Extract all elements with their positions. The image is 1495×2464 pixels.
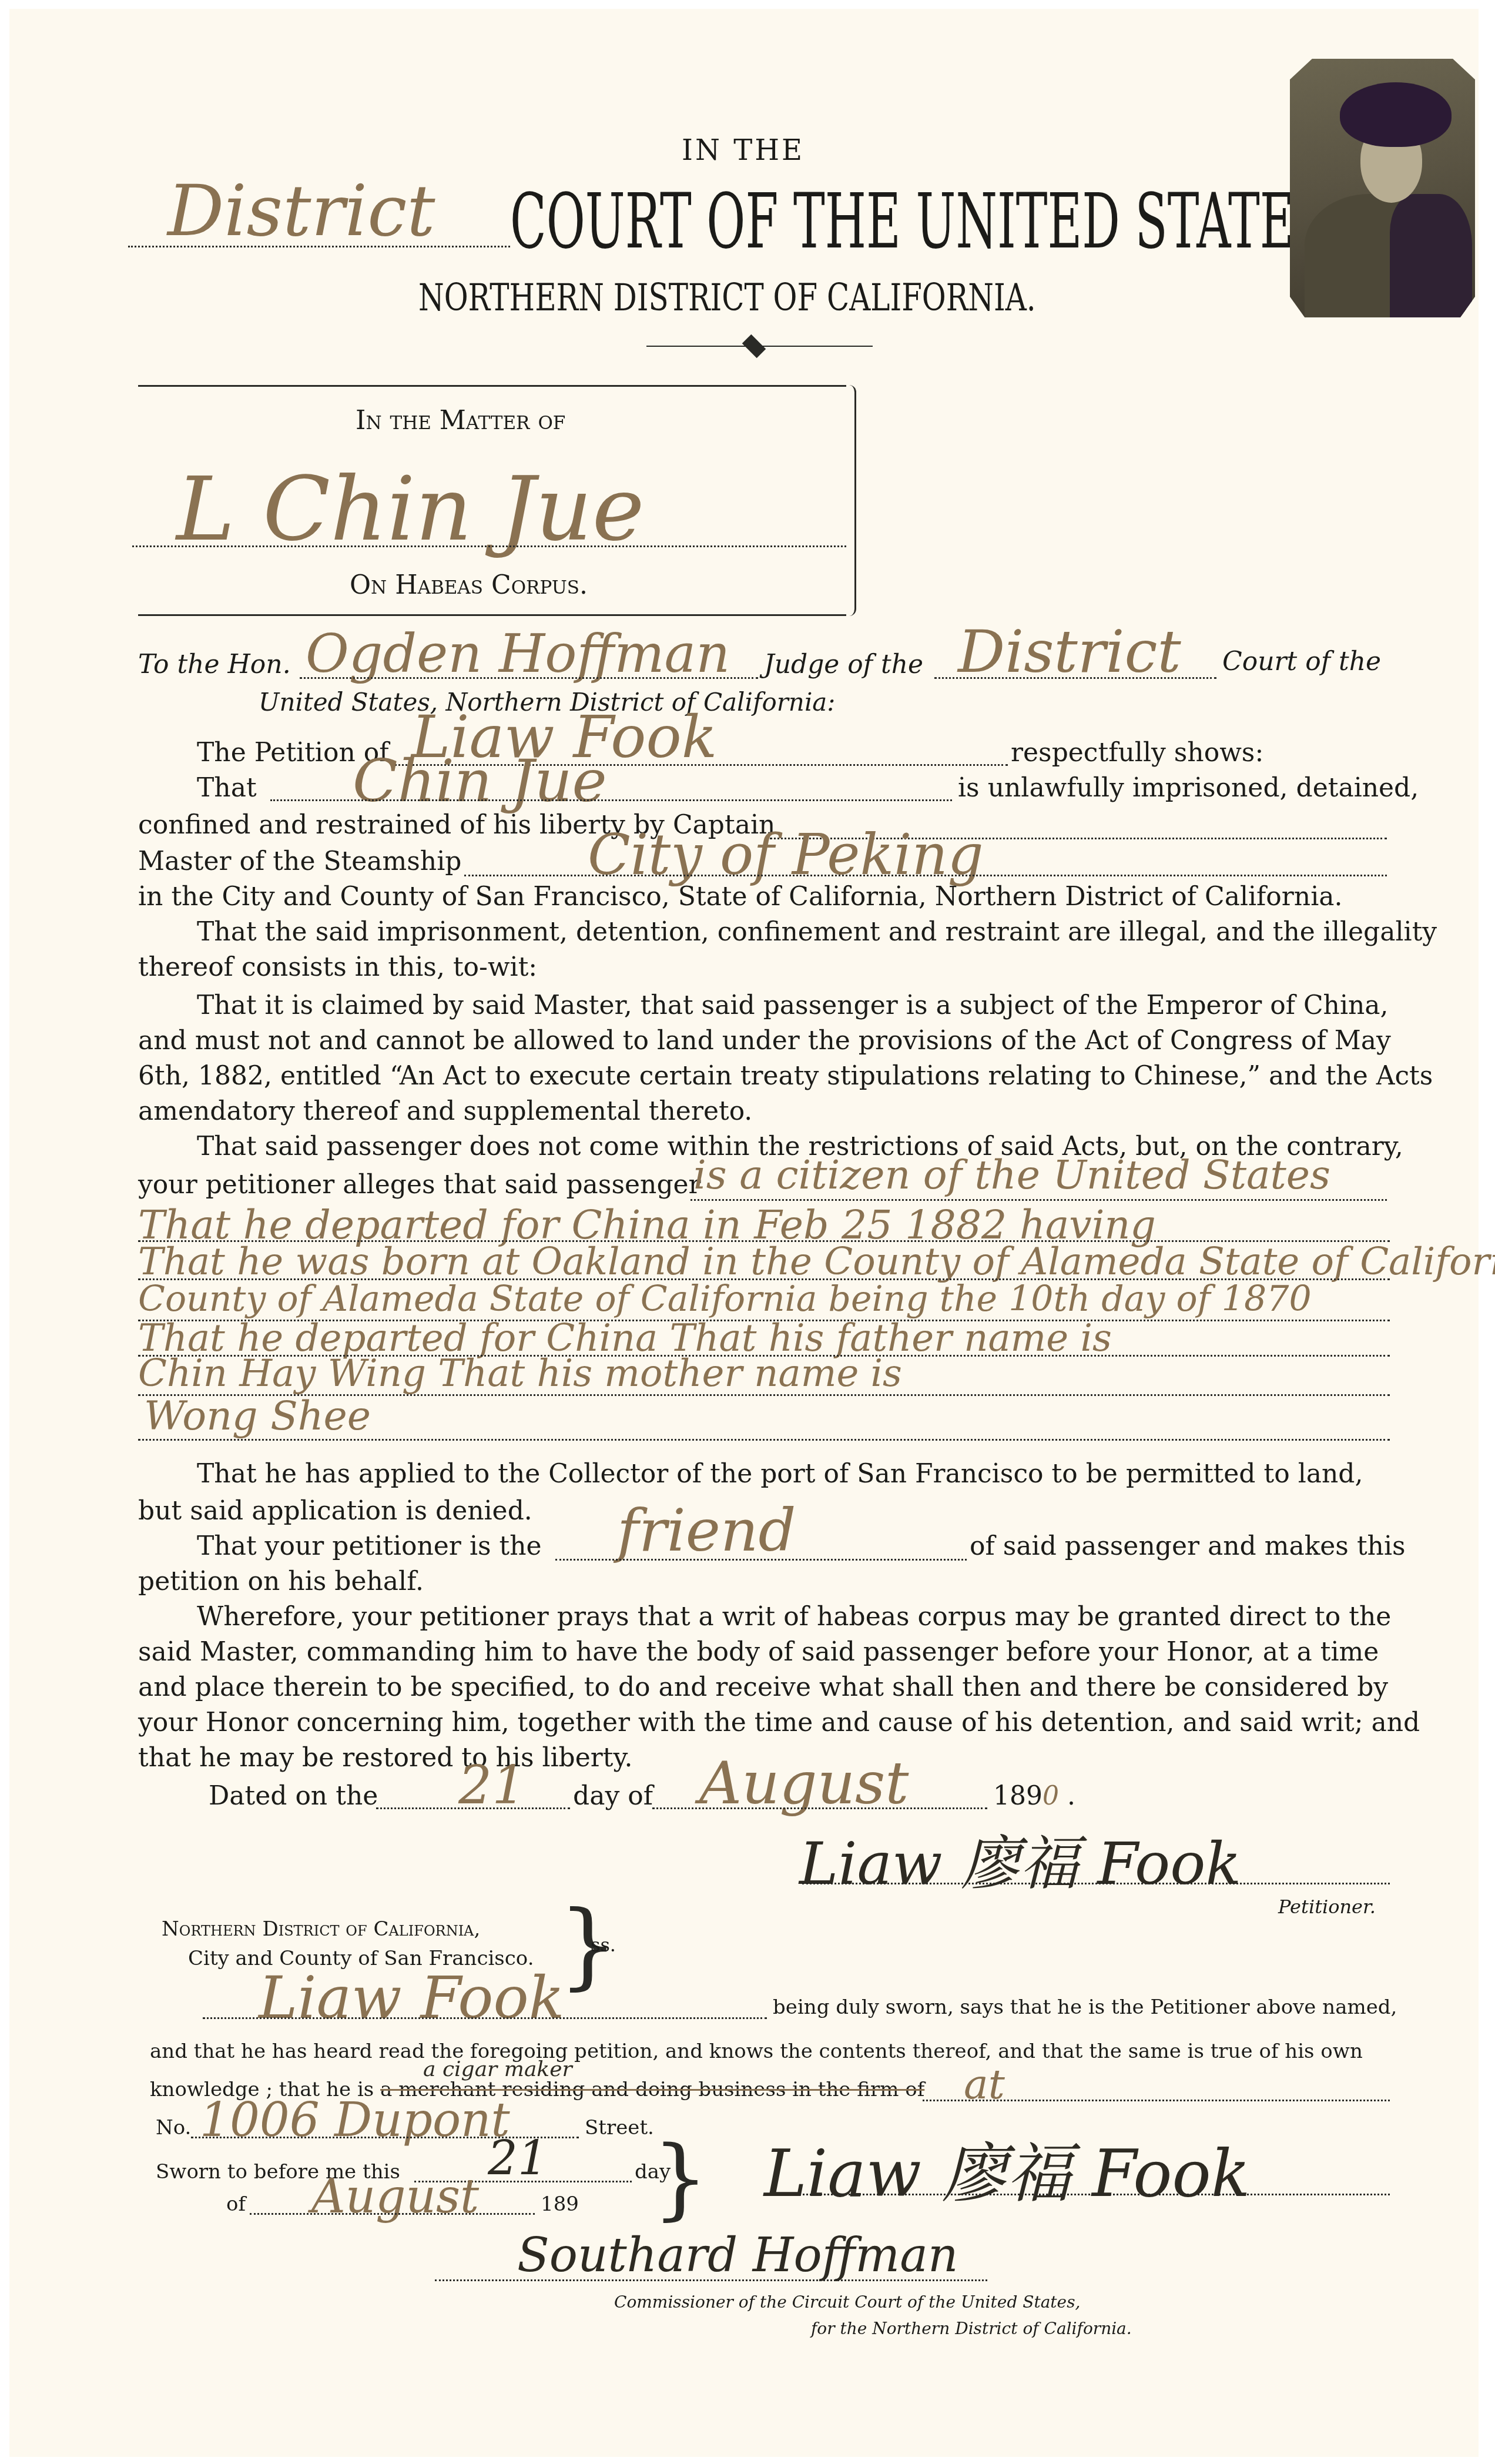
- matter-box-top-rule: [138, 385, 846, 387]
- illegal-paragraph-1: That the said imprisonment, detention, c…: [197, 917, 1437, 947]
- judge-of-the-label: Judge of the: [764, 650, 923, 679]
- relation-line-2: petition on his behalf.: [138, 1566, 424, 1596]
- allegation-line-4: County of Alameda State of California be…: [138, 1278, 1312, 1320]
- no-label: No.: [156, 2116, 191, 2140]
- petitioner-label: Petitioner.: [1278, 1896, 1376, 1918]
- relation-suffix: of said passenger and makes this: [970, 1531, 1406, 1561]
- commissioner-signature-line: [435, 2279, 987, 2281]
- dated-on-the-label: Dated on the: [209, 1781, 378, 1811]
- affiant-signature: Liaw 廖福 Fook: [764, 2122, 1250, 2215]
- location-line: in the City and County of San Francisco,…: [138, 882, 1342, 912]
- master-of-steamship-label: Master of the Steamship: [138, 846, 461, 876]
- sworn-day-handwritten: 21: [488, 2131, 548, 2185]
- allegation-line-6: Chin Hay Wing That his mother name is: [138, 1352, 902, 1395]
- sworn-month-handwritten: August: [311, 2169, 479, 2224]
- commissioner-title-2: for the Northern District of California.: [811, 2319, 1132, 2338]
- year-suffix-handwritten: 0: [1043, 1781, 1059, 1811]
- petitioner-signature-line: [802, 1883, 1390, 1884]
- steamship-line: [464, 875, 1387, 876]
- matter-box-bottom-rule: [138, 614, 846, 616]
- unlawfully-text: is unlawfully imprisoned, detained,: [958, 773, 1419, 803]
- sworn-month-line: [250, 2213, 535, 2215]
- dated-month-line: [652, 1807, 987, 1809]
- judge-name-handwritten: Ogden Hoffman: [306, 623, 730, 685]
- photo-hat: [1340, 82, 1452, 147]
- year-prefix: 1890 .: [993, 1781, 1075, 1811]
- detainee-name-handwritten: Chin Jue: [353, 746, 607, 815]
- street-number-handwritten: 1006 Dupont: [200, 2093, 510, 2147]
- dated-day-line: [376, 1807, 570, 1809]
- court-of-the-label: Court of the: [1222, 647, 1381, 677]
- steamship-name-handwritten: City of Peking: [588, 823, 984, 888]
- day-of-label: day of: [573, 1781, 653, 1811]
- in-the-matter-of-label: In the Matter of: [356, 406, 565, 436]
- allegation-rule-1: [690, 1199, 1387, 1201]
- affiant-name-handwritten: Liaw Fook: [259, 1963, 564, 2032]
- wherefore-line-4: your Honor concerning him, together with…: [138, 1708, 1420, 1737]
- wherefore-line-1: Wherefore, your petitioner prays that a …: [197, 1602, 1391, 1632]
- venue-line-1: Northern District of California,: [162, 1917, 480, 1941]
- ss-label: ss.: [591, 1934, 616, 1956]
- street-label: Street.: [585, 2116, 654, 2140]
- allegation-line-7: Wong Shee: [144, 1393, 371, 1439]
- that-label: That: [197, 773, 257, 803]
- photo-robe-shadow: [1390, 194, 1472, 323]
- to-the-hon-label: To the Hon.: [138, 650, 291, 679]
- affiant-signature-line: [799, 2194, 1390, 2195]
- sworn-brace: }: [652, 2128, 708, 2230]
- firm-line: [923, 2100, 1390, 2101]
- sworn-year: 189: [541, 2192, 579, 2216]
- claim-line-2: and must not and cannot be allowed to la…: [138, 1026, 1391, 1056]
- judge-name-line: [300, 677, 758, 679]
- collector-line-1: That he has applied to the Collector of …: [197, 1459, 1363, 1489]
- of-label: of: [226, 2192, 246, 2216]
- matter-name-line: [132, 545, 846, 547]
- affidavit-line-2: and that he has heard read the foregoing…: [150, 2040, 1363, 2063]
- claim-line-3: 6th, 1882, entitled “An Act to execute c…: [138, 1061, 1433, 1091]
- wherefore-line-3: and place therein to be specified, to do…: [138, 1672, 1388, 1702]
- sworn-text: being duly sworn, says that he is the Pe…: [773, 1996, 1397, 2019]
- allegation-rule-7: [138, 1439, 1390, 1441]
- illegal-paragraph-2: thereof consists in this, to-wit:: [138, 952, 537, 982]
- judge-court-line: [934, 677, 1216, 679]
- wherefore-line-5: that he may be restored to his liberty.: [138, 1743, 633, 1773]
- wherefore-line-2: said Master, commanding him to have the …: [138, 1637, 1379, 1667]
- affiant-name-line: [203, 2017, 767, 2019]
- collector-line-2: but said application is denied.: [138, 1496, 532, 1526]
- in-the-heading: IN THE: [682, 134, 805, 167]
- detainee-name-line: [270, 799, 952, 801]
- respectfully-shows-label: respectfully shows:: [1011, 738, 1263, 768]
- claim-line-4: amendatory thereof and supplemental ther…: [138, 1096, 752, 1126]
- allegation-line-3: That he was born at Oakland in the Count…: [138, 1240, 1495, 1284]
- petitioner-signature: Liaw 廖福 Fook: [799, 1816, 1241, 1901]
- commissioner-signature: Southard Hoffman: [517, 2228, 958, 2282]
- portrait-photo: [1290, 59, 1475, 317]
- on-habeas-corpus-label: On Habeas Corpus.: [350, 570, 588, 600]
- relation-prefix: That your petitioner is the: [197, 1531, 542, 1561]
- court-type-line: [128, 246, 510, 247]
- matter-box-bracket: [845, 385, 856, 616]
- alleges-line: your petitioner alleges that said passen…: [138, 1170, 701, 1200]
- commissioner-title-1: Commissioner of the Circuit Court of the…: [614, 2292, 1080, 2312]
- relation-handwritten: friend: [617, 1496, 796, 1565]
- judge-court-handwritten: District: [958, 617, 1181, 686]
- relation-line: [555, 1559, 967, 1561]
- district-heading: NORTHERN DISTRICT OF CALIFORNIA.: [418, 276, 1210, 320]
- claim-line-1: That it is claimed by said Master, that …: [197, 990, 1389, 1020]
- court-type-handwritten: District: [167, 170, 435, 252]
- allegation-line-1: is a citizen of the United States: [693, 1152, 1330, 1198]
